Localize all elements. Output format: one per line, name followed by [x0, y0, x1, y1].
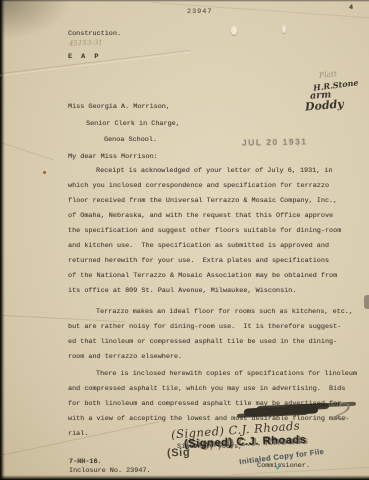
paragraph-2: Terrazzo makes an ideal floor for rooms … — [68, 307, 353, 367]
corner-shadow — [1, 0, 71, 40]
letter-scan: 23947 4 Construction. 45153-31 E A P Pla… — [1, 0, 369, 479]
body-line: which you inclosed correspondence and sp… — [68, 181, 341, 196]
body-line: ed that linoleum or compressed asphalt t… — [68, 337, 353, 352]
recipient-school: Genoa School. — [104, 136, 157, 144]
document-number: 23947 — [187, 8, 212, 16]
salutation: My dear Miss Morrison: — [68, 153, 158, 161]
body-line: There is inclosed herewith copies of spe… — [68, 369, 357, 384]
typist-initials: E A P — [68, 53, 101, 61]
body-line: Receipt is acknowledged of your letter o… — [68, 166, 341, 181]
body-line: but are rather noisy for dining-room use… — [68, 322, 353, 337]
scan-edge-bottom — [1, 475, 369, 479]
body-line: and kitchen use. The specification as su… — [68, 241, 341, 256]
body-line: the specification and suggest other floo… — [68, 226, 341, 241]
body-line: Terrazzo makes an ideal floor for rooms … — [68, 307, 353, 322]
received-date-stamp: JUL 20 1931 — [242, 136, 308, 147]
body-line: returned herewith for your use. Extra pl… — [68, 256, 341, 271]
body-line: its office at 809 St. Paul Avenue, Milwa… — [68, 286, 341, 301]
margin-signature-platt: Platt — [319, 69, 338, 80]
footer-file-code: 7-HH-16. — [69, 458, 102, 466]
recipient-title: Senior Clerk in Charge, — [86, 120, 180, 128]
check-mark: ✓ — [275, 461, 284, 473]
handwritten-file-number: 45153-31 — [69, 38, 103, 47]
scan-notch — [364, 295, 369, 309]
paper-speck — [43, 171, 46, 174]
scan-edge-left — [1, 0, 5, 480]
body-line: floor received from the Universal Terraz… — [68, 196, 341, 211]
paragraph-1: Receipt is acknowledged of your letter o… — [68, 166, 341, 301]
body-line: of the National Terrazzo & Mosaic Associ… — [68, 271, 341, 286]
footer-inclosure: Inclosure No. 23947. — [69, 467, 151, 475]
classification-label: Construction. — [68, 30, 121, 38]
paper-speck — [231, 26, 237, 35]
body-line: of Omaha, Nebraska, and with the request… — [68, 211, 341, 226]
paper-crease — [0, 141, 54, 160]
paper-crease — [151, 2, 369, 19]
margin-signature-doddy: Doddy — [305, 97, 345, 113]
paper-speck — [282, 25, 286, 33]
recipient-name: Miss Georgia A. Morrison, — [68, 103, 170, 111]
body-line: room and terrazzo elsewhere. — [68, 352, 353, 367]
body-line: and compressed asphalt tile, which you m… — [68, 384, 357, 399]
scan-edge-top — [1, 0, 369, 2]
page-number: 4 — [349, 4, 353, 12]
signature-stamp-partial: (Sig — [167, 447, 191, 460]
